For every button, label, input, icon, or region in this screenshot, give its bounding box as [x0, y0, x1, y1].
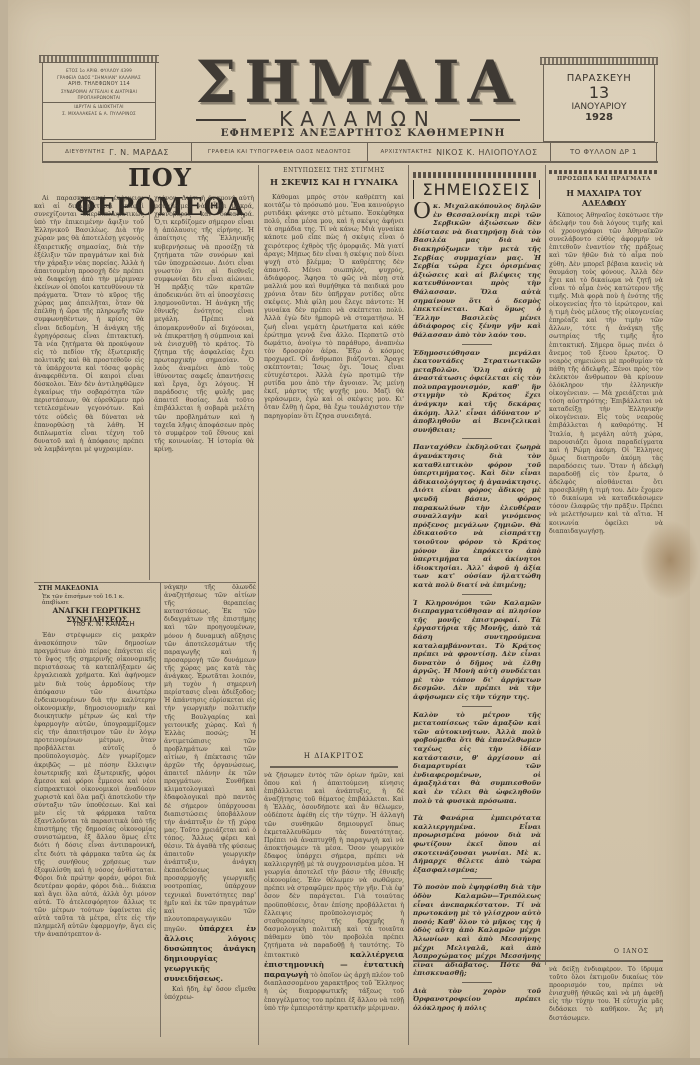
lead-column-1: Αἱ παρασκηνιακαὶ ἐνέργειαι καὶ αἱ διπλωμ… — [34, 195, 144, 580]
ornament-border — [413, 172, 538, 178]
director-label: ΔΙΕΥΘΥΝΤΗΣ — [65, 149, 105, 155]
office-address: ΓΡΑΦΕΙΑ ΟΔΟΣ "ΣΗΜΑΙΑΝ" ΚΑΛΑΜΑΣ — [43, 74, 155, 81]
section-divider — [413, 960, 663, 962]
note-item: Οκ. Μιχαλακόπουλος δηλῶν ἐν Θεσσαλονίκῃ … — [413, 202, 541, 340]
notes-body: Οκ. Μιχαλακόπουλος δηλῶν ἐν Θεσσαλονίκῃ … — [413, 202, 541, 1052]
issue-info: ΕΤΟΣ 1ο ΑΡΙΘ. ΦΥΛΛΟΥ 4399 — [43, 67, 155, 74]
offices-cell: ΓΡΑΦΕΙΑ ΚΑΙ ΤΥΠΟΓΡΑΦΕΙΑ ΟΔΟΣ ΝΕΔΟΝΤΟΣ — [192, 143, 368, 161]
ornament-border — [540, 57, 658, 65]
notes-headline: ΣΗΜΕΙΩΣΕΙΣ — [413, 180, 540, 199]
lead-column-2: χρόνου. Διότι ἡ ἀναμονὴ αὐτὴ μαθαίνομεν … — [154, 195, 254, 580]
note-item: Ἱ Κληρονόμοι τῶν Καλαμῶν διεπραγματεύθησ… — [413, 599, 541, 702]
price: ΤΟ ΦΥΛΛΟΝ ΔΡ 1 — [570, 148, 637, 156]
column-divider — [408, 165, 409, 1045]
page-edge-bottom — [0, 1058, 700, 1065]
editor-name: ΝΙΚΟΣ Κ. ΗΛΙΟΠΟΥΛΟΣ — [436, 148, 537, 157]
note-item: Ἐδημοσιεύθησαν μεγάλαι ἐκατοντάδες Στρατ… — [413, 349, 541, 435]
agri-byline: Ὑπὸ κ. Ν. ΚΑΝΑΣΗ — [48, 620, 158, 628]
price-cell: ΤΟ ΦΥΛΛΟΝ ΔΡ 1 — [551, 143, 657, 161]
date-box: ΠΑΡΑΣΚΕΥΗ 13 ΙΑΝΟΥΑΡΙΟΥ 1928 — [543, 64, 655, 142]
brother-continuation: νὰ δείξῃ ἐνδιαφέρον. Τὸ ἵδρυμα τοῦτο ὅλο… — [549, 966, 663, 1026]
brother-signature: Ο ΙΑΝΟΣ — [549, 948, 649, 955]
newspaper-page: ΕΤΟΣ 1ο ΑΡΙΘ. ΦΥΛΛΟΥ 4399 ΓΡΑΦΕΙΑ ΟΔΟΣ "… — [8, 0, 690, 1058]
brother-text: Κάποιος Ἀθηναῖος ἐσκότωσε τὴν ἀδελφήν το… — [549, 212, 663, 536]
note-item: Πανταχόθεν ἐκδηλοῦται ζωηρὰ ἀγανάκτησις … — [413, 443, 541, 589]
note-divider — [462, 809, 492, 810]
month: ΙΑΝΟΥΑΡΙΟΥ — [544, 102, 654, 112]
ornament-border — [39, 55, 159, 63]
lead-text-1: Αἱ παρασκηνιακαὶ ἐνέργειαι καὶ αἱ διπλωμ… — [34, 195, 144, 454]
page-edge — [0, 0, 8, 1065]
note-item: Καλὸν τὸ μέτρον τῆς μετατοπίσεως τῶν ἀμα… — [413, 711, 541, 806]
note-item: Τὸ ποσὸν ποὺ ἐψηφίσθη διὰ τὴν ὁδὸν Καλαμ… — [413, 883, 541, 978]
prepaid-note: ΠΡΟΠΛΗΡΩΝΟΝΤΑΙ — [43, 95, 155, 100]
subscription-note: ΣΥΝΔΡΟΜΑΙ ΑΓΓΕΛΙΑΙ Κ ΔΙΑΤΡΙΒΑΙ — [43, 88, 155, 95]
column-divider — [149, 195, 150, 580]
agri-column-2: νάγκην τῆς ὅλωνδὲ ἀναζητήσεως τῶν αἰτίων… — [164, 584, 256, 1034]
impressions-kicker: ΕΝΤΥΠΩΣΕΙΣ ΤΗΣ ΣΤΙΓΜΗΣ — [264, 167, 404, 174]
director-cell: ΔΙΕΥΘΥΝΤΗΣ Γ. Ν. ΜΑΡΔΑΣ — [42, 143, 192, 161]
impressions-signature: Η ΔΙΑΚΡΙΤΟΣ — [264, 752, 404, 760]
agri-text-end: Καὶ ἤδη, ἐφ' ὅσον εἴμεθα ὑπόχρεω- — [164, 986, 256, 1002]
section-divider — [34, 582, 256, 583]
note-divider — [462, 594, 492, 595]
editor-cell: ΑΡΧΙΣΥΝΤΑΚΤΗΣ ΝΙΚΟΣ Κ. ΗΛΙΟΠΟΥΛΟΣ — [368, 143, 551, 161]
impressions-headline: Η ΣΚΕΨΙΣ ΚΑΙ Η ΓΥΝΑΙΚΑ — [264, 178, 404, 188]
director-name: Γ. Ν. ΜΑΡΔΑΣ — [109, 148, 169, 157]
title-underline — [588, 205, 623, 206]
newspaper-title: ΣΗΜΑΙΑ — [188, 48, 528, 116]
section-divider — [270, 766, 398, 768]
brother-kicker: ΠΡΟΣΩΠΑ ΚΑΙ ΠΡΑΓΜΑΤΑ — [549, 176, 659, 182]
note-divider — [462, 982, 492, 983]
column-divider — [160, 582, 161, 1037]
ornament-border — [549, 170, 659, 174]
note-item: Τὰ Φανάρια ἐμπειρότατα καλλιεργημένα. Εἶ… — [413, 814, 541, 874]
paper-stain — [640, 520, 700, 600]
column-divider — [545, 165, 546, 965]
note-divider — [462, 344, 492, 345]
macedonia-body: Ἐκ τῶν ἐπισήμων τοῦ 16.1 κ. ἀπεβίωσε — [42, 594, 152, 606]
note-divider — [462, 438, 492, 439]
publication-info-box: ΕΤΟΣ 1ο ΑΡΙΘ. ΦΥΛΛΟΥ 4399 ΓΡΑΦΕΙΑ ΟΔΟΣ "… — [42, 62, 156, 140]
dropcap: Ο — [413, 202, 431, 222]
impressions-body: Κάθομαι μπρὸς στὸν καθρέπτη καὶ κοιτάζω … — [264, 194, 404, 754]
center-lower-text: νὰ ζήσωμεν ἐντὸς τῶν ὁρίων ἡμῶν, καὶ ὅπο… — [264, 772, 404, 959]
editor-label: ΑΡΧΙΣΥΝΤΑΚΤΗΣ — [380, 149, 432, 155]
column-divider — [258, 165, 259, 1045]
agri-text-1: Ἐὰν στρέψωμεν εἰς μακρὰν ἀνασκόπησιν τῶν… — [34, 632, 156, 940]
founders-names: Σ. ΜΙΧΑΛΑΚΕΑΣ & Α. ΠΥΛΑΡΙΝΟΣ — [43, 110, 155, 117]
lead-text-2: χρόνου. Διότι ἡ ἀναμονὴ αὐτὴ μαθαίνομεν … — [154, 195, 254, 454]
note-divider — [462, 706, 492, 707]
impressions-text: Κάθομαι μπρὸς στὸν καθρέπτη καὶ κοιτάζω … — [264, 194, 404, 421]
agri-text-2: νάγκην τῆς ὅλωνδὲ ἀναζητήσεως τῶν αἰτίων… — [164, 584, 256, 933]
newspaper-tagline: ΕΦΗΜΕΡΙΣ ΑΝΕΞΑΡΤΗΤΟΣ ΚΑΘΗΜΕΡΙΝΗ — [193, 127, 533, 139]
macedonia-head: ΣΤΗ ΜΑΚΕΔΟΝΙΑ — [38, 585, 138, 592]
day-number: 13 — [544, 84, 654, 102]
year: 1928 — [544, 112, 654, 123]
agri-column-1: Ἐὰν στρέψωμεν εἰς μακρὰν ἀνασκόπησιν τῶν… — [34, 632, 156, 1037]
founders-label: ΙΔΡΥΤΑΙ & ΙΔΙΟΚΤΗΤΑΙ — [43, 102, 155, 110]
center-lower-body: νὰ ζήσωμεν ἐντὸς τῶν ὁρίων ἡμῶν, καὶ ὅπο… — [264, 772, 404, 1052]
note-item: Διὰ τὸν χορὸν τοῦ Ὀρφανοτροφείου πρέπει … — [413, 987, 541, 1013]
masthead-infobar: ΔΙΕΥΘΥΝΤΗΣ Γ. Ν. ΜΑΡΔΑΣ ΓΡΑΦΕΙΑ ΚΑΙ ΤΥΠΟ… — [42, 142, 658, 163]
continuation-text: νὰ δείξῃ ἐνδιαφέρον. Τὸ ἵδρυμα τοῦτο ὅλο… — [549, 966, 663, 1023]
note-divider — [462, 878, 492, 879]
phone-number: ΑΡΙΘ. ΤΗΛΕΦΩΝΟΥ 114 — [43, 81, 155, 88]
